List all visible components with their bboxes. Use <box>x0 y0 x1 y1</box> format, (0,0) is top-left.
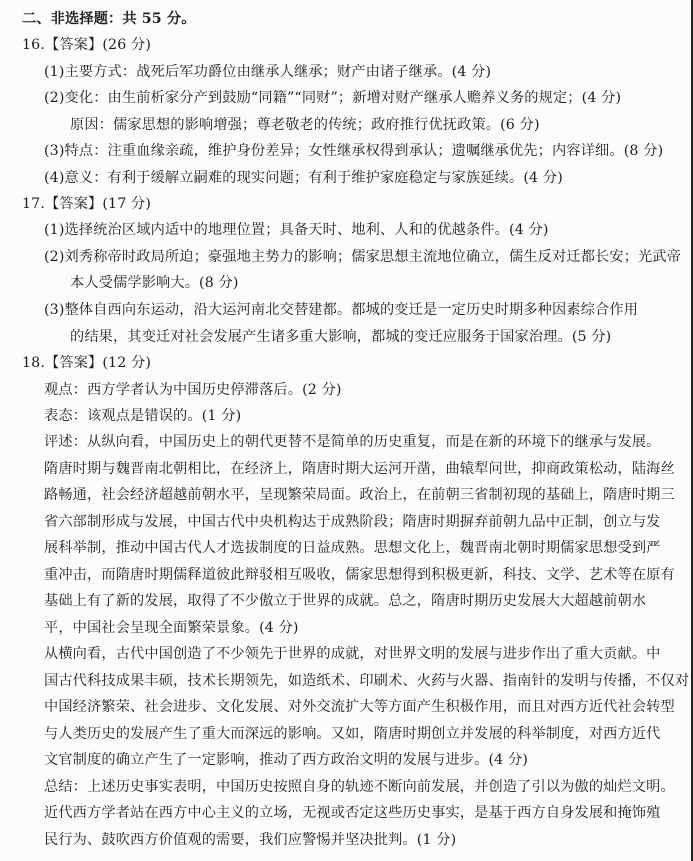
q18-horizontal-line: 中国经济繁荣、社会进步、文化发展、对外交流扩大等方面产生积极作用，而且对西方近代… <box>44 697 675 717</box>
section-title: 二、非选择题：共 55 分。 <box>22 9 196 29</box>
q18-commentary-line: 省六部制形成与发展，中国古代中央机构达于成熟阶段；隋唐时期摒弃前朝九品中正制，创… <box>44 512 661 532</box>
q17-item-3: (3)整体自西向东运动，沿大运河南北交替建都。都城的变迁是一定历史时期多种因素综… <box>44 300 638 320</box>
q18-horizontal-line: 与人类历史的发展产生了重大而深远的影响。又如，隋唐时期创立并发展的科举制度，对西… <box>44 724 661 744</box>
q18-horizontal-line: 国古代科技成果丰硕，技术长期领先，如造纸术、印刷术、火药与火器、指南针的发明与传… <box>44 671 689 691</box>
q18-viewpoint: 观点：西方学者认为中国历史停滞落后。(2 分) <box>44 380 342 400</box>
q18-horizontal-line: 文官制度的确立产生了一定影响，推动了西方政治文明的发展与进步。(4 分) <box>44 750 528 770</box>
q17-item-2: (2)刘秀称帝时政局所迫；豪强地主势力的影响；儒家思想主流地位确立，儒生反对迁都… <box>44 247 681 267</box>
q18-header: 18.【答案】(12 分) <box>22 353 151 373</box>
q18-commentary-line: 重冲击，而隋唐时期儒释道彼此辩驳相互吸收，儒家思想得到积极更新，科技、文学、艺术… <box>44 565 675 585</box>
q18-commentary-line: 隋唐时期与魏晋南北朝相比，在经济上，隋唐时期大运河开凿，曲辕犁问世，抑商政策松动… <box>44 459 675 479</box>
q18-commentary-line: 路畅通，社会经济超越前朝水平，呈现繁荣局面。政治上，在前朝三省制初现的基础上，隋… <box>44 485 675 505</box>
q18-commentary-line: 展科举制，推动中国古代人才选拔制度的日益成熟。思想文化上，魏晋南北朝时期儒家思想… <box>44 538 661 558</box>
q16-item-2-reason: 原因：儒家思想的影响增强；尊老敬老的传统；政府推行优抚政策。(6 分) <box>70 115 540 135</box>
answer-key-page: 二、非选择题：共 55 分。 16.【答案】(26 分) (1)主要方式：战死后… <box>0 0 691 861</box>
q18-commentary-line: 评述：从纵向看，中国历史上的朝代更替不是简单的历史重复，而是在新的环境下的继承与… <box>44 432 661 452</box>
q16-item-2: (2)变化：由生前析家分产到鼓励“同籍”“同财”；新增对财产继承人赡养义务的规定… <box>44 88 621 108</box>
q18-stance: 表态：该观点是错误的。(1 分) <box>44 406 241 426</box>
q17-item-3-cont: 的结果，其变迁对社会发展产生诸多重大影响，都城的变迁应服务于国家治理。(5 分) <box>70 327 611 347</box>
q18-horizontal-line: 从横向看，古代中国创造了不少领先于世界的成就，对世界文明的发展与进步作出了重大贡… <box>44 644 661 664</box>
q17-header: 17.【答案】(17 分) <box>22 194 151 214</box>
q18-summary-line: 近代西方学者站在西方中心主义的立场，无视或否定这些历史事实，是基于西方自身发展和… <box>44 803 661 823</box>
q18-summary-line: 民行为、鼓吹西方价值观的需要，我们应警惕并坚决批判。(1 分) <box>44 830 456 850</box>
q18-summary-line: 总结：上述历史事实表明，中国历史按照自身的轨迹不断向前发展，并创造了引以为傲的灿… <box>44 777 675 797</box>
q17-item-1: (1)选择统治区域内适中的地理位置；具备天时、地利、人和的优越条件。(4 分) <box>44 220 549 240</box>
q16-item-3: (3)特点：注重血缘亲疏，维护身份差异；女性继承权得到承认；遗嘱继承优先；内容详… <box>44 141 663 161</box>
q16-item-1: (1)主要方式：战死后军功爵位由继承人继承；财产由诸子继承。(4 分) <box>44 62 491 82</box>
q16-header: 16.【答案】(26 分) <box>22 35 151 55</box>
q18-commentary-line: 基础上有了新的发展，取得了不少傲立于世界的成就。总之，隋唐时期历史发展大大超越前… <box>44 591 646 611</box>
q18-commentary-line: 平，中国社会呈现全面繁荣景象。(4 分) <box>44 618 299 638</box>
q16-item-4: (4)意义：有利于缓解立嗣难的现实问题；有利于维护家庭稳定与家族延续。(4 分) <box>44 168 563 188</box>
q17-item-2-cont: 本人受儒学影响大。(8 分) <box>70 273 239 293</box>
